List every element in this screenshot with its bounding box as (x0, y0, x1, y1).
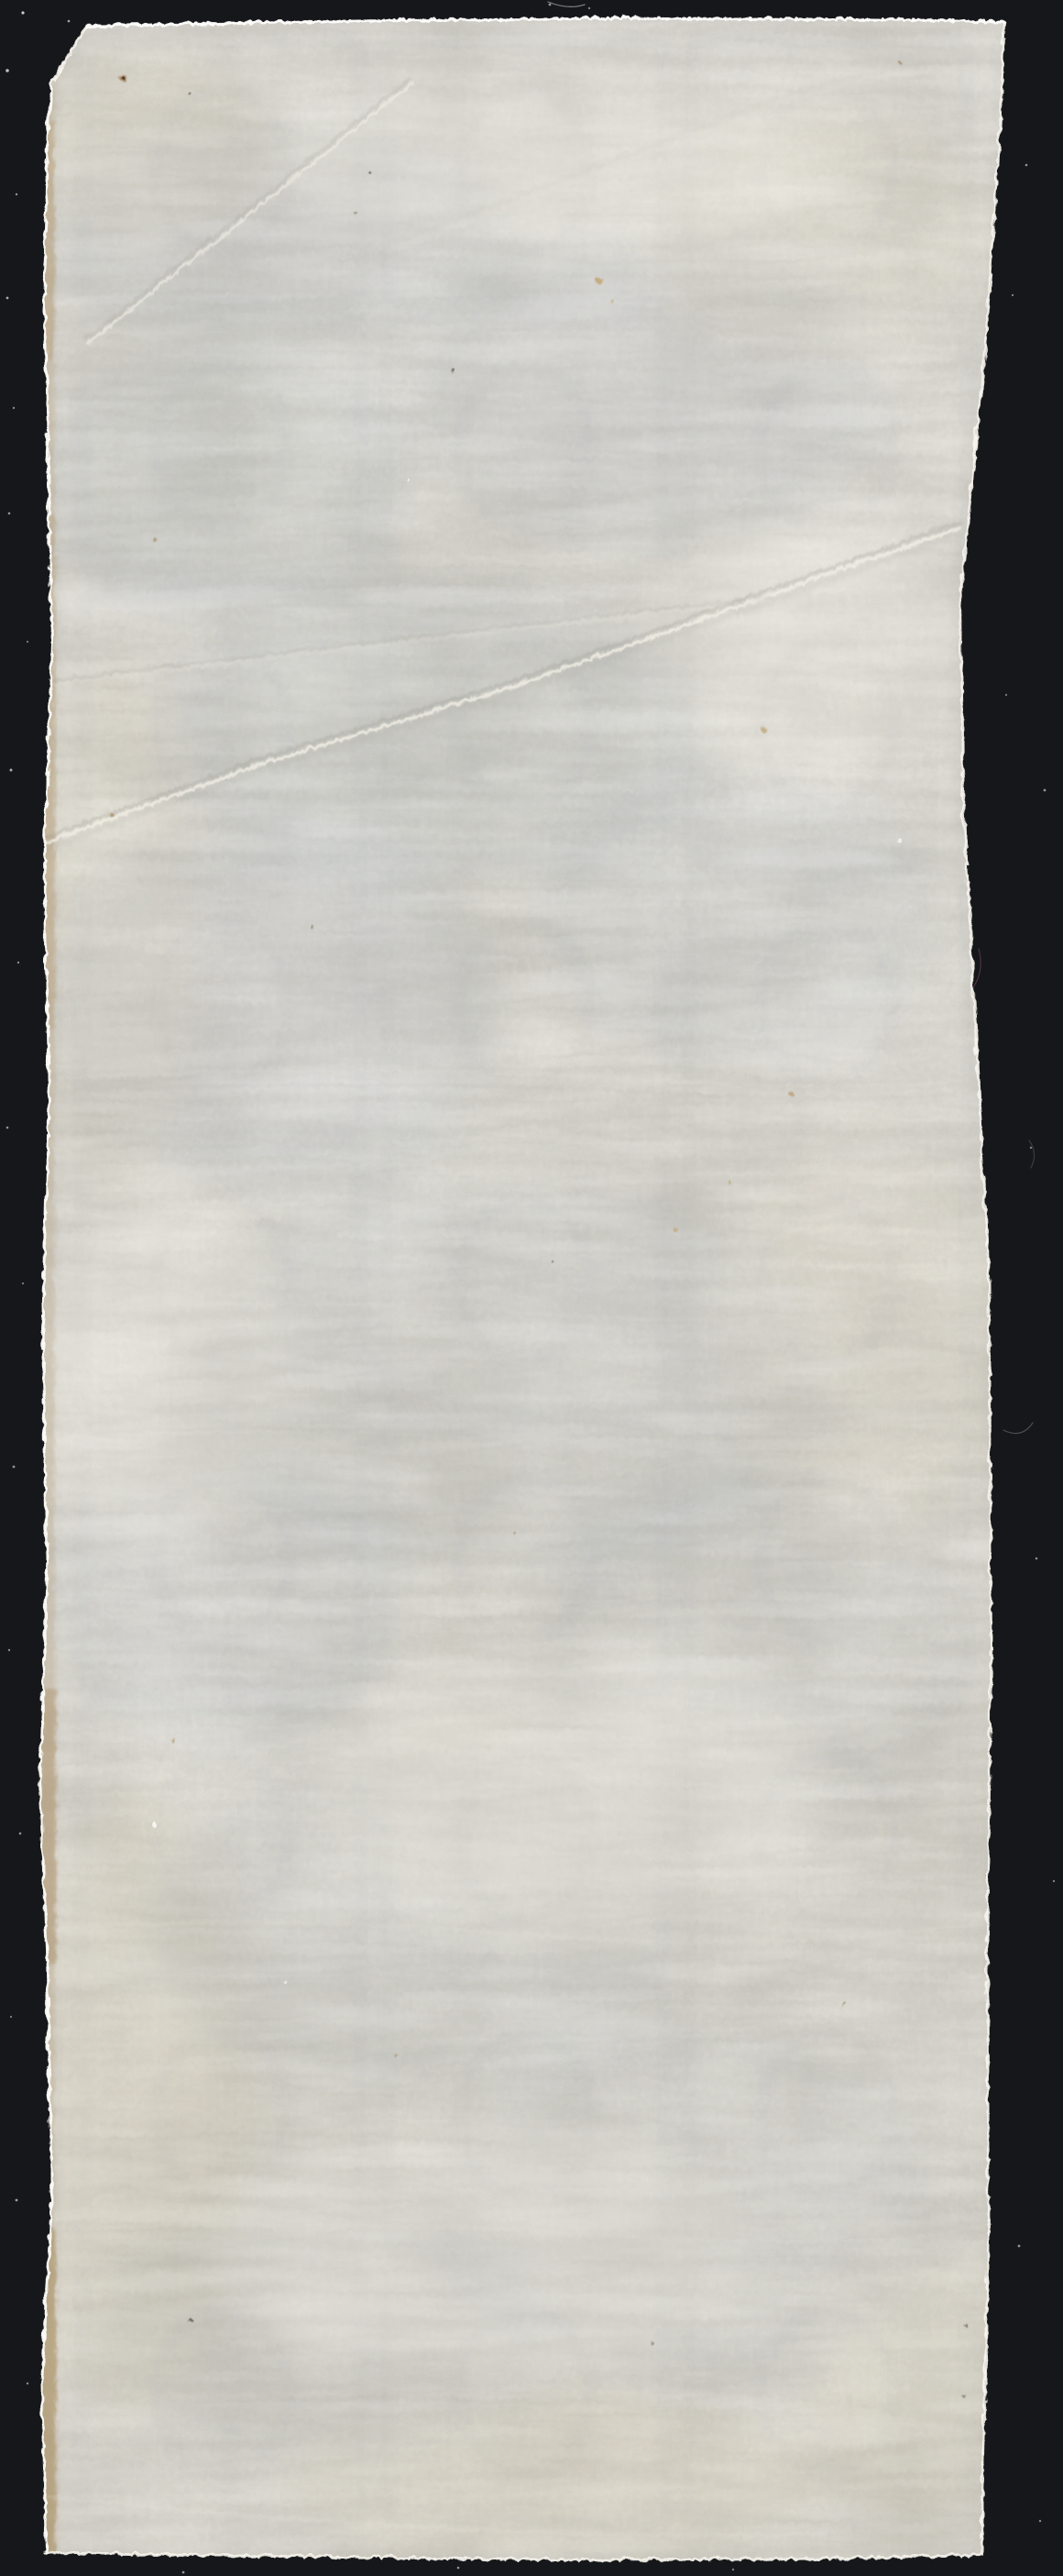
dust-speck (732, 2569, 734, 2570)
paper-fleck (282, 1978, 286, 1982)
dust-speck (19, 1833, 22, 1835)
dust-speck (549, 4, 552, 6)
foxing-spot (727, 1179, 730, 1183)
foxing-spot (609, 299, 613, 303)
foxing-spot (964, 2323, 967, 2326)
paper-fleck (406, 477, 410, 480)
foxing-spot (354, 210, 356, 213)
foxing-spot (760, 726, 765, 732)
dust-speck (1036, 1558, 1038, 1560)
dust-speck (6, 1127, 9, 1129)
foxing-spot (596, 277, 602, 283)
foxing-spot (960, 2393, 963, 2395)
foxing-spot (511, 1531, 515, 1535)
foxing-spot (152, 537, 156, 541)
dust-speck (5, 69, 9, 72)
foxing-spot (108, 811, 113, 816)
foxing-spot (841, 2001, 844, 2004)
dust-speck (588, 7, 590, 9)
foxing-spot (896, 61, 900, 64)
scanned-image-stage (0, 0, 1063, 2576)
dust-speck (68, 20, 71, 23)
dust-speck (1053, 1880, 1055, 1882)
tonal-patch (531, 770, 935, 1063)
paper-texture-group (0, 7, 1026, 2567)
dust-speck (27, 641, 28, 643)
paper-fleck (896, 839, 900, 842)
dust-speck (6, 297, 9, 300)
dust-speck (10, 2016, 12, 2018)
dust-speck (13, 407, 15, 409)
dust-speck (1039, 2520, 1041, 2522)
tonal-patch (641, 513, 971, 770)
foxing-spot (120, 75, 124, 79)
foxing-spot (187, 91, 190, 94)
paper-fleck (150, 1822, 156, 1827)
dust-speck (1018, 2245, 1021, 2248)
dust-speck (1012, 294, 1014, 296)
dust-speck (1005, 694, 1007, 696)
foxing-spot (310, 924, 313, 928)
dust-speck (16, 193, 17, 195)
dust-speck (1025, 164, 1028, 167)
tonal-patch (733, 1100, 1008, 1558)
foxing-spot (367, 170, 369, 172)
foxing-spot (672, 1227, 676, 1232)
dust-speck (1044, 789, 1047, 792)
foxing-spot (170, 1737, 173, 1741)
dust-speck (10, 769, 13, 772)
foxing-spot (788, 1091, 793, 1095)
dust-speck (22, 1282, 24, 1284)
foxing-spot (188, 2317, 191, 2320)
dust-speck (27, 2383, 28, 2384)
tint-layer (0, 46, 1026, 2558)
dust-speck (8, 512, 11, 515)
paper-sheet (0, 7, 1026, 2567)
tonal-patch (312, 1641, 825, 1934)
foxing-spot (450, 368, 453, 370)
foxing-spot (552, 1260, 554, 1262)
dust-speck (16, 2199, 18, 2202)
tonal-patch (27, 1788, 247, 2429)
dust-speck (8, 1649, 10, 1651)
foxing-spot (392, 2052, 396, 2055)
tonal-patch (46, 330, 412, 623)
dust-speck (182, 2571, 185, 2574)
dust-speck (13, 1466, 16, 1469)
foxing-spot (649, 2340, 652, 2343)
scan-of-paper-back (0, 0, 1063, 2576)
dust-speck (17, 962, 19, 963)
tonal-patch (202, 2118, 751, 2374)
dust-speck (457, 2567, 460, 2570)
tonal-patch (37, 1192, 293, 1558)
tonal-patch (275, 83, 825, 248)
dust-speck (21, 11, 24, 14)
dust-speck (1030, 1147, 1032, 1149)
